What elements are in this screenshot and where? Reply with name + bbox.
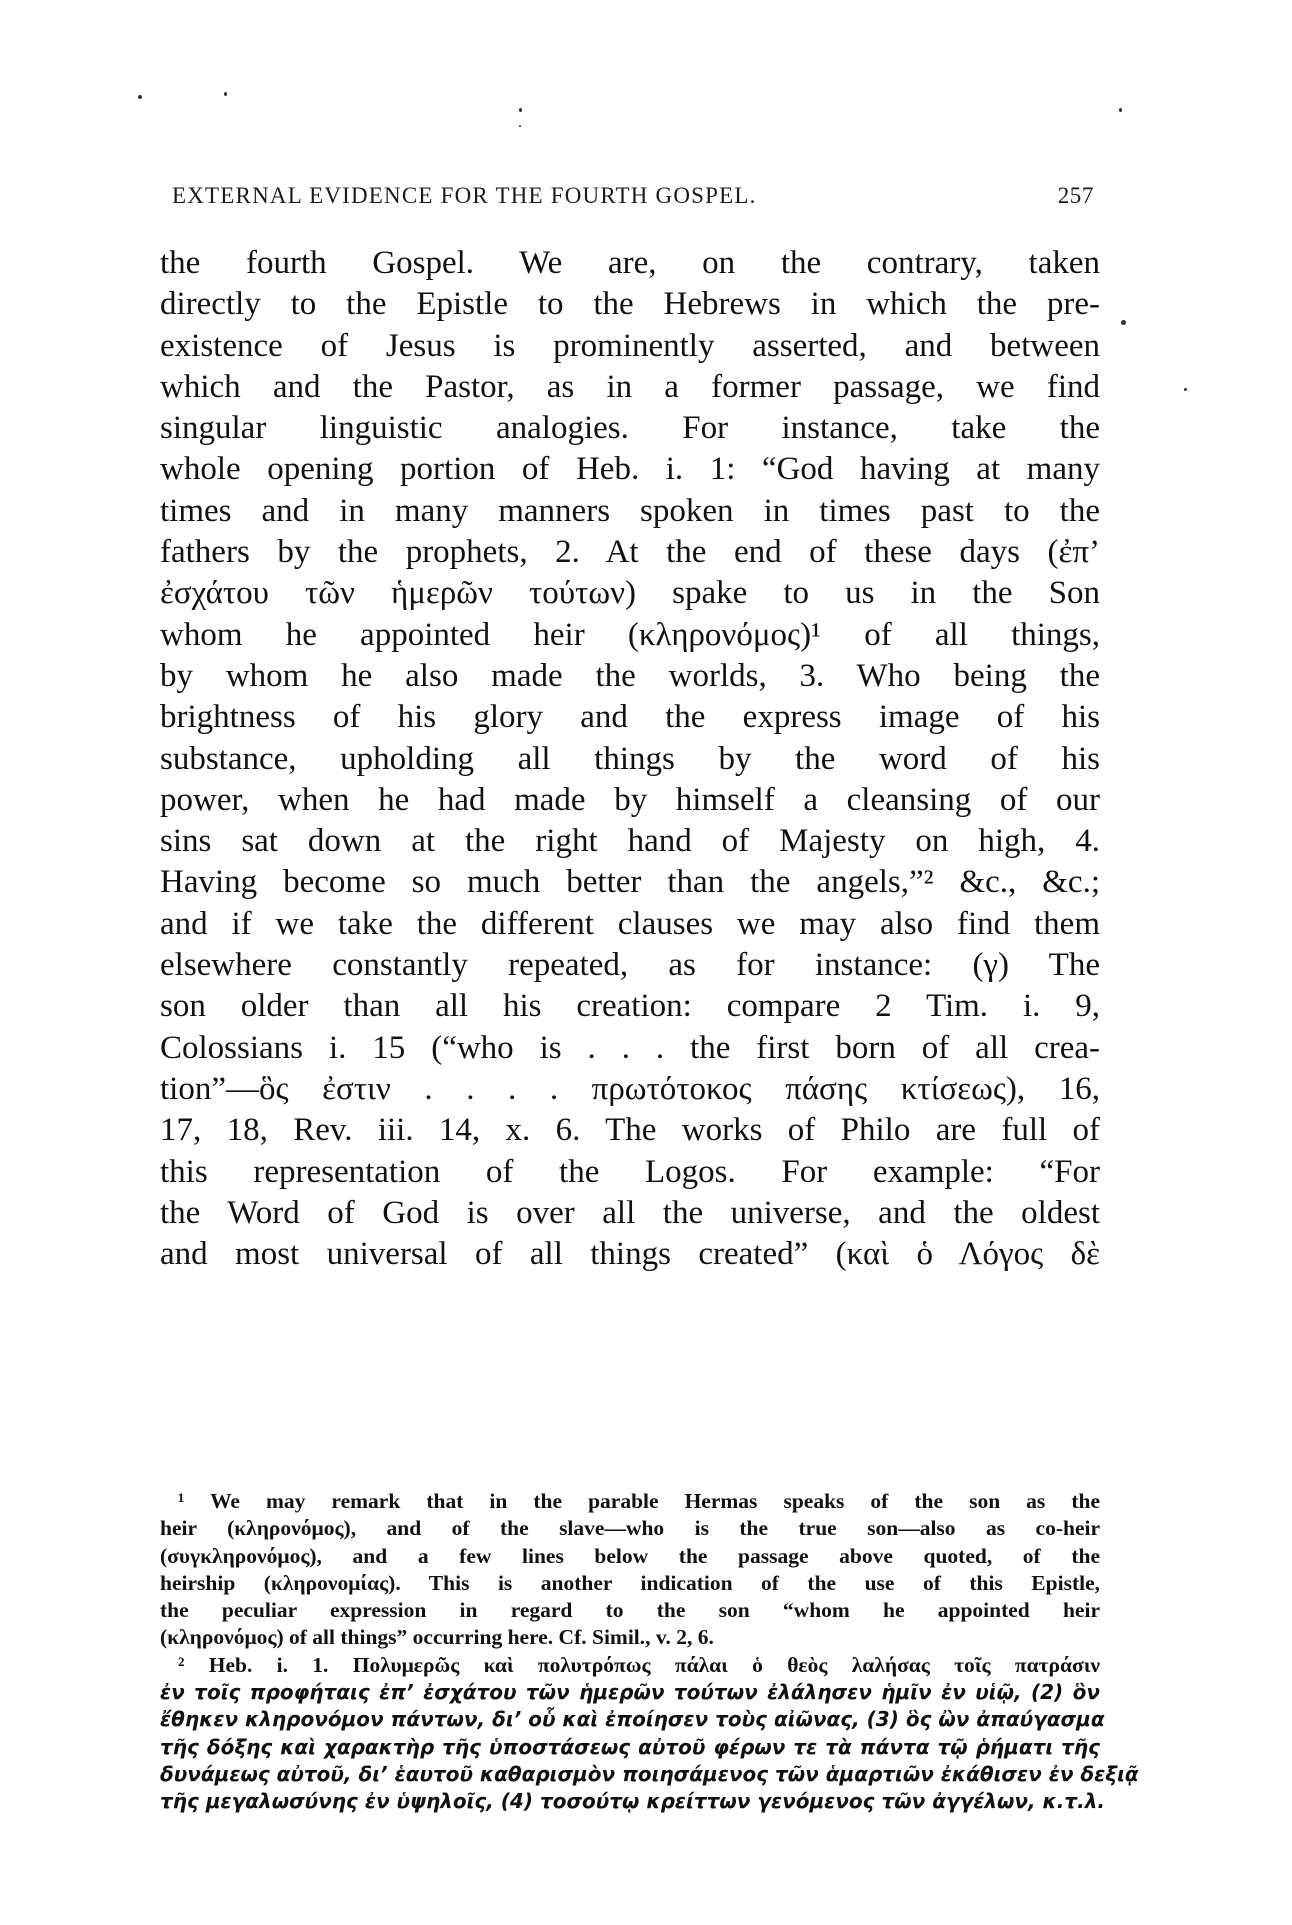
- body-line: the Word of God is over all the universe…: [160, 1193, 1100, 1234]
- body-line: whole opening portion of Heb. i. 1: “God…: [160, 449, 1100, 490]
- body-line: whom he appointed heir (κληρονόμος)¹ of …: [160, 615, 1100, 656]
- footnote-1: ¹ We may remark that in the parable Herm…: [160, 1488, 1100, 1652]
- running-head: EXTERNAL EVIDENCE FOR THE FOURTH GOSPEL.…: [172, 183, 1094, 209]
- footnote-line: the peculiar expression in regard to the…: [160, 1597, 1100, 1624]
- body-line: this representation of the Logos. For ex…: [160, 1152, 1100, 1193]
- body-line: times and in many manners spoken in time…: [160, 491, 1100, 532]
- footnote-line: (κληρονόμος) of all things” occurring he…: [160, 1624, 1100, 1651]
- page-number: 257: [1058, 183, 1094, 209]
- scan-speck: [519, 125, 521, 127]
- body-line: and most universal of all things created…: [160, 1234, 1100, 1275]
- body-line: and if we take the different clauses we …: [160, 904, 1100, 945]
- scan-speck: [224, 92, 227, 96]
- body-line: 17, 18, Rev. iii. 14, x. 6. The works of…: [160, 1110, 1100, 1151]
- footnote-greek-line: τῆς δόξης καὶ χαρακτὴρ τῆς ὑποστάσεως αὐ…: [160, 1734, 1100, 1761]
- body-line: sins sat down at the right hand of Majes…: [160, 821, 1100, 862]
- scan-speck: [1121, 320, 1126, 325]
- scan-speck: [138, 95, 142, 99]
- body-line: which and the Pastor, as in a former pas…: [160, 367, 1100, 408]
- body-line: ἐσχάτου τῶν ἡμερῶν τούτων) spake to us i…: [160, 573, 1100, 614]
- body-line: substance, upholding all things by the w…: [160, 739, 1100, 780]
- body-line: by whom he also made the worlds, 3. Who …: [160, 656, 1100, 697]
- footnote-greek-line: ἐν τοῖς προφήταις ἐπ’ ἐσχάτου τῶν ἡμερῶν…: [160, 1679, 1100, 1706]
- footnote-greek-line: ἔθηκεν κληρονόμον πάντων, δι’ οὗ καὶ ἐπο…: [160, 1706, 1100, 1733]
- footnotes: ¹ We may remark that in the parable Herm…: [160, 1488, 1100, 1816]
- scan-speck: [1119, 108, 1122, 112]
- body-line: fathers by the prophets, 2. At the end o…: [160, 532, 1100, 573]
- footnote-2: ² Heb. i. 1. Πολυμερῶς καὶ πολυτρόπως πά…: [160, 1652, 1100, 1816]
- body-line: tion”—ὃς ἐστιν . . . . πρωτότοκος πάσης …: [160, 1069, 1100, 1110]
- footnote-greek-line: δυνάμεως αὐτοῦ, δι’ ἑαυτοῦ καθαρισμὸν πο…: [160, 1761, 1100, 1788]
- footnote-line: heirship (κληρονομίας). This is another …: [160, 1570, 1100, 1597]
- body-line: directly to the Epistle to the Hebrews i…: [160, 284, 1100, 325]
- footnote-line: ² Heb. i. 1. Πολυμερῶς καὶ πολυτρόπως πά…: [160, 1652, 1100, 1679]
- footnote-line: (συγκληρονόμος), and a few lines below t…: [160, 1543, 1100, 1570]
- body-line: brightness of his glory and the express …: [160, 697, 1100, 738]
- scan-speck: [1184, 388, 1187, 391]
- scan-speck: [519, 108, 522, 112]
- body-line: the fourth Gospel. We are, on the contra…: [160, 243, 1100, 284]
- body-line: elsewhere constantly repeated, as for in…: [160, 945, 1100, 986]
- body-line: Colossians i. 15 (“who is . . . the firs…: [160, 1028, 1100, 1069]
- footnote-line: heir (κληρονόμος), and of the slave—who …: [160, 1515, 1100, 1542]
- body-line: existence of Jesus is prominently assert…: [160, 326, 1100, 367]
- footnote-greek-line: τῆς μεγαλωσύνης ἐν ὑψηλοῖς, (4) τοσούτῳ …: [160, 1788, 1100, 1815]
- footnote-line: ¹ We may remark that in the parable Herm…: [160, 1488, 1100, 1515]
- running-head-title: EXTERNAL EVIDENCE FOR THE FOURTH GOSPEL.: [172, 183, 757, 209]
- body-line: Having become so much better than the an…: [160, 862, 1100, 903]
- body-line: son older than all his creation: compare…: [160, 986, 1100, 1027]
- body-line: power, when he had made by himself a cle…: [160, 780, 1100, 821]
- body-line: singular linguistic analogies. For insta…: [160, 408, 1100, 449]
- body-text: the fourth Gospel. We are, on the contra…: [160, 243, 1100, 1275]
